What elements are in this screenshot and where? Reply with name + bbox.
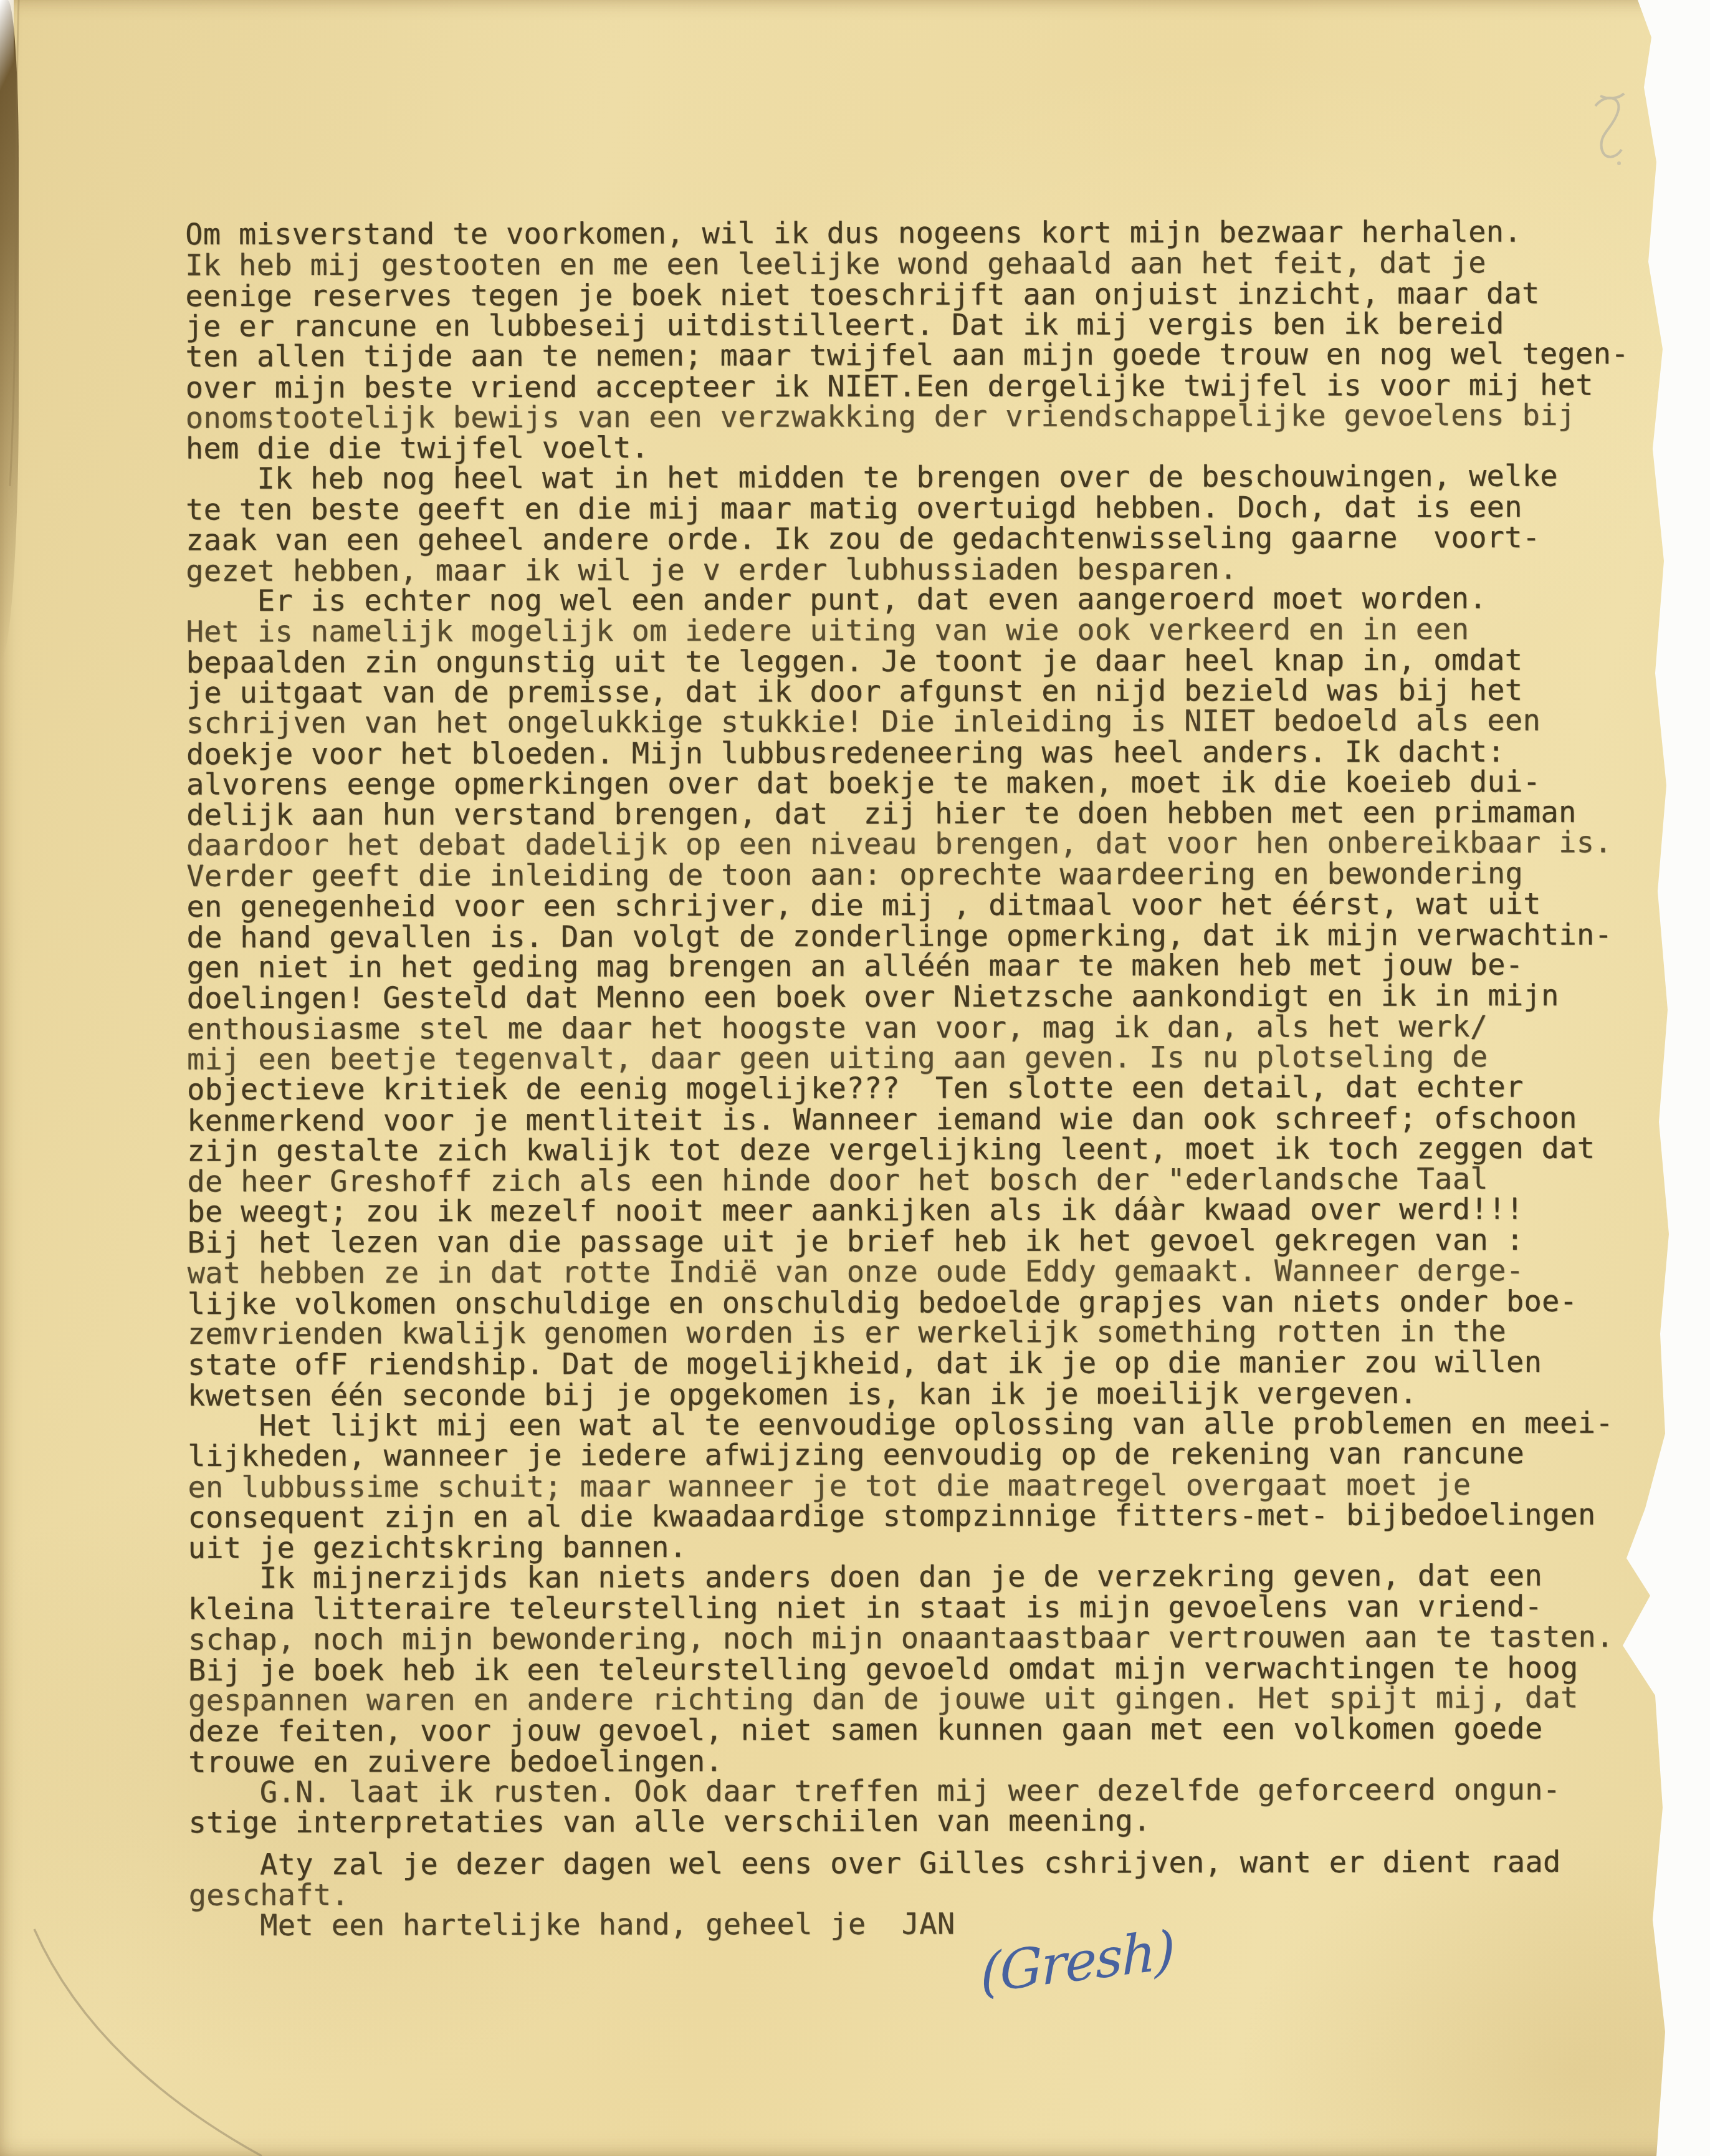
letter-line: gen niet in het geding mag brengen an al…: [187, 949, 1658, 983]
letter-line: kwetsen één seconde bij je opgekomen is,…: [188, 1377, 1658, 1411]
letter-line: Het is namelijk mogelijk om iedere uitin…: [186, 614, 1656, 648]
letter-line: Ik heb mij gestooten en me een leelijke …: [185, 247, 1656, 281]
letter-line: doekje voor het bloeden. Mijn lubbusrede…: [186, 736, 1657, 770]
letter-line: deze feiten, voor jouw gevoel, niet same…: [188, 1713, 1659, 1747]
letter-line: eenige reserves tegen je boek niet toesc…: [185, 278, 1656, 312]
letter-line: ten allen tijde aan te nemen; maar twijf…: [186, 338, 1656, 372]
letter-line: kenmerkend voor je mentliteit is. Wannee…: [187, 1103, 1658, 1136]
letter-line: consequent zijn en al die kwaadaardige s…: [188, 1500, 1658, 1533]
letter-line: state ofF riendship. Dat de mogelijkheid…: [188, 1347, 1658, 1381]
letter-line: Ik heb nog heel wat in het midden te bre…: [186, 461, 1656, 494]
letter-line: Ik mijnerzijds kan niets anders doen dan…: [188, 1560, 1659, 1594]
scanned-letter-page: Om misverstand te voorkomen, wil ik dus …: [0, 0, 1710, 2156]
letter-line: daardoor het debat dadelijk op een nivea…: [186, 827, 1657, 861]
letter-line: Er is echter nog wel een ander punt, dat…: [186, 583, 1656, 616]
letter-line: stige interpretaties van alle verschiile…: [188, 1804, 1659, 1838]
letter-line: schrijven van het ongelukkige stukkie! D…: [186, 705, 1657, 739]
letter-line: objectieve kritiek de eenig mogelijke???…: [187, 1071, 1658, 1105]
letter-line: onomstootelijk bewijs van een verzwakkin…: [186, 400, 1656, 434]
letter-line: doelingen! Gesteld dat Menno een boek ov…: [187, 980, 1658, 1014]
letter-line: G.N. laat ik rusten. Ook daar treffen mi…: [188, 1775, 1659, 1808]
letter-line: en genegenheid voor een schrijver, die m…: [186, 889, 1657, 922]
letter-line: zaak van een geheel andere orde. Ik zou …: [186, 522, 1656, 556]
letter-body: Om misverstand te voorkomen, wil ik dus …: [185, 217, 1660, 1942]
letter-line: zemvrienden kwalijk genomen worden is er…: [188, 1316, 1658, 1349]
letter-line: Met een hartelijke hand, geheel je JAN: [189, 1907, 1660, 1941]
letter-line: gespannen waren en andere richting dan d…: [188, 1682, 1659, 1716]
paper-corner-highlight: [0, 0, 14, 93]
letter-line: be weegt; zou ik mezelf nooit meer aanki…: [187, 1194, 1658, 1227]
letter-line: lijkheden, wanneer je iedere afwijzing e…: [188, 1438, 1658, 1472]
letter-line: Verder geeft die inleiding de toon aan: …: [186, 858, 1657, 892]
letter-line: bepaalden zin ongunstig uit te leggen. J…: [186, 644, 1657, 678]
letter-line: en lubbussime schuit; maar wanneer je to…: [188, 1469, 1658, 1503]
letter-line: wat hebben ze in dat rotte Indië van onz…: [188, 1255, 1658, 1289]
letter-line: geschaft.: [189, 1877, 1660, 1911]
paper-sheet: Om misverstand te voorkomen, wil ik dus …: [0, 0, 1710, 2156]
letter-line: Aty zal je dezer dagen wel eens over Gil…: [189, 1847, 1660, 1881]
letter-line: schap, noch mijn bewondering, noch mijn …: [188, 1622, 1659, 1655]
letter-line: Om misverstand te voorkomen, wil ik dus …: [185, 216, 1656, 250]
